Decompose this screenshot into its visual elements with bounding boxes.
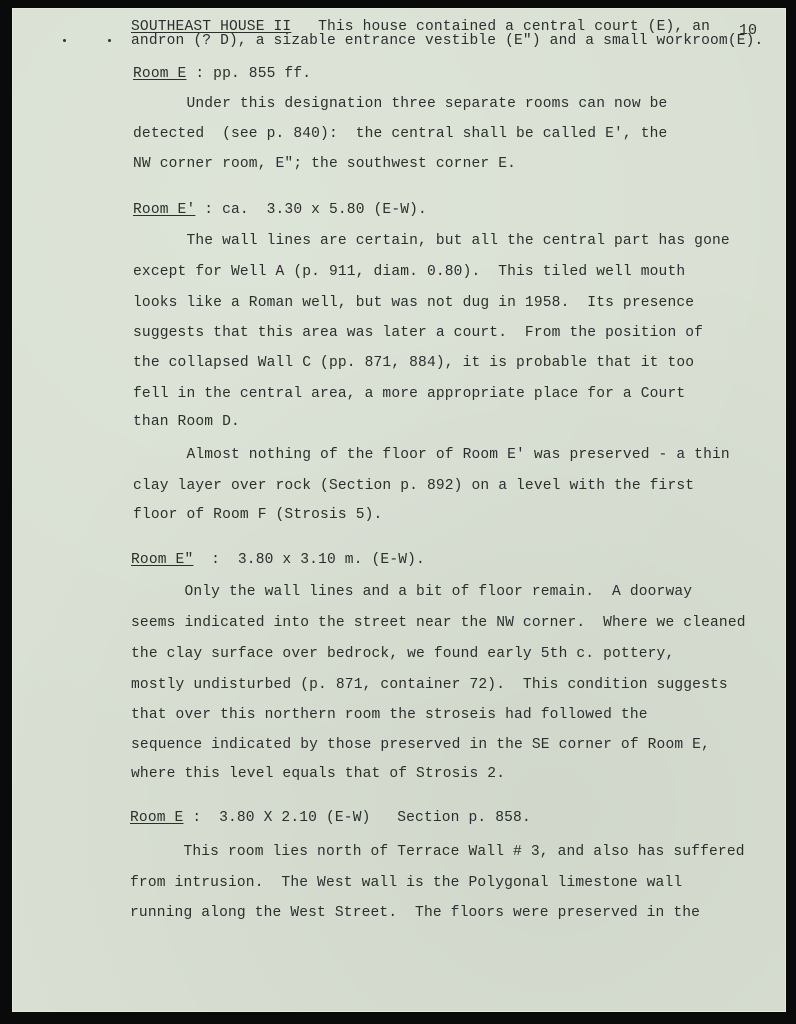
section-header-text: : ca. 3.30 x 5.80 (E-W). bbox=[195, 202, 427, 218]
text-line: that over this northern room the strosei… bbox=[131, 707, 648, 723]
text-line: the clay surface over bedrock, we found … bbox=[131, 646, 674, 662]
text-line: seems indicated into the street near the… bbox=[131, 615, 746, 631]
text-line: than Room D. bbox=[133, 414, 240, 430]
text-line: suggests that this area was later a cour… bbox=[133, 325, 703, 341]
section-label: Room E" bbox=[131, 552, 193, 568]
section-label: Room E bbox=[130, 810, 183, 826]
text-line: the collapsed Wall C (pp. 871, 884), it … bbox=[133, 355, 694, 371]
section-header-text: : 3.80 X 2.10 (E-W) Section p. 858. bbox=[183, 810, 530, 826]
punch-mark bbox=[63, 39, 66, 42]
section-header-text: : 3.80 x 3.10 m. (E-W). bbox=[193, 552, 425, 568]
text-line: NW corner room, E"; the southwest corner… bbox=[133, 156, 516, 172]
text-line: running along the West Street. The floor… bbox=[130, 905, 700, 921]
document-page: 10 SOUTHEAST HOUSE II This house contain… bbox=[12, 8, 786, 1012]
text-line: mostly undisturbed (p. 871, container 72… bbox=[131, 677, 728, 693]
section-label: Room E' bbox=[133, 202, 195, 218]
punch-mark bbox=[108, 39, 111, 42]
text-line: Almost nothing of the floor of Room E' w… bbox=[133, 447, 730, 463]
text-line: Under this designation three separate ro… bbox=[133, 96, 667, 112]
text-line: Only the wall lines and a bit of floor r… bbox=[131, 584, 692, 600]
text-line: detected (see p. 840): the central shall… bbox=[133, 126, 667, 142]
section-header-room-e-double-prime: Room E" : 3.80 x 3.10 m. (E-W). bbox=[131, 552, 425, 568]
text-line: fell in the central area, a more appropr… bbox=[133, 386, 685, 402]
section-header-text: : pp. 855 ff. bbox=[186, 66, 311, 82]
text-line: floor of Room F (Strosis 5). bbox=[133, 507, 382, 523]
text-line: sequence indicated by those preserved in… bbox=[131, 737, 710, 753]
section-header-room-e: Room E : pp. 855 ff. bbox=[133, 66, 311, 82]
text-line: except for Well A (p. 911, diam. 0.80). … bbox=[133, 264, 685, 280]
text-line: where this level equals that of Strosis … bbox=[131, 766, 505, 782]
heading-line-2: andron (? D), a sizable entrance vestibl… bbox=[131, 33, 763, 49]
section-label: Room E bbox=[133, 66, 186, 82]
text-line: The wall lines are certain, but all the … bbox=[133, 233, 730, 249]
text-line: This room lies north of Terrace Wall # 3… bbox=[130, 844, 745, 860]
text-line: from intrusion. The West wall is the Pol… bbox=[130, 875, 682, 891]
section-header-room-e-sw: Room E : 3.80 X 2.10 (E-W) Section p. 85… bbox=[130, 810, 531, 826]
text-line: clay layer over rock (Section p. 892) on… bbox=[133, 478, 694, 494]
text-line: looks like a Roman well, but was not dug… bbox=[133, 295, 694, 311]
section-header-room-e-prime: Room E' : ca. 3.30 x 5.80 (E-W). bbox=[133, 202, 427, 218]
